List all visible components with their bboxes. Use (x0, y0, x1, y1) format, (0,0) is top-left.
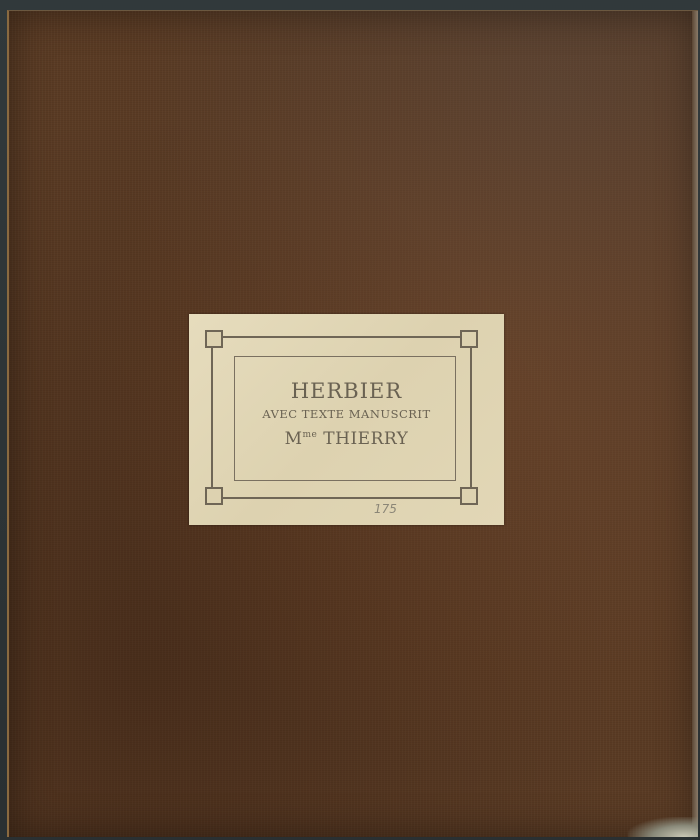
label-text: HERBIER AVEC TEXTE MANUSCRIT Mme THIERRY (239, 378, 454, 450)
worn-corner (628, 817, 698, 837)
corner-ornament-icon (205, 487, 223, 505)
corner-ornament-icon (205, 330, 223, 348)
author-prefix-sup: me (303, 430, 318, 440)
label-title: HERBIER (239, 378, 454, 404)
cover-edge (692, 11, 698, 837)
label-subtitle: AVEC TEXTE MANUSCRIT (239, 405, 454, 423)
corner-ornament-icon (460, 330, 478, 348)
author-name: THIERRY (323, 429, 408, 449)
author-prefix: M (285, 429, 303, 449)
label-author: Mme THIERRY (239, 424, 454, 450)
corner-ornament-icon (460, 487, 478, 505)
cover-label: HERBIER AVEC TEXTE MANUSCRIT Mme THIERRY… (189, 314, 504, 525)
pencil-note: 175 (374, 502, 397, 516)
